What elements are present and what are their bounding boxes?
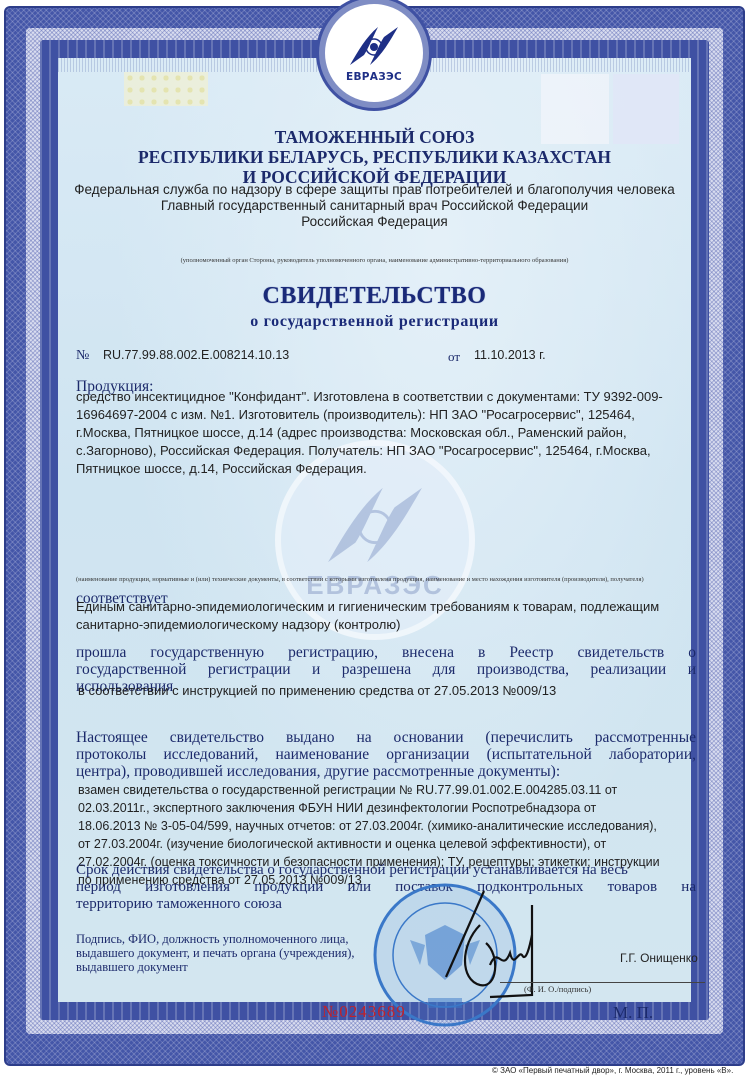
hologram-patch bbox=[124, 72, 208, 106]
product-description: средство инсектицидное "Конфидант". Изго… bbox=[76, 388, 663, 478]
validity-line: Срок действия свидетельства о государств… bbox=[76, 862, 696, 879]
basis-intro-line: Настоящее свидетельство выдано на основа… bbox=[76, 729, 696, 746]
basis-intro: Настоящее свидетельство выдано на основа… bbox=[76, 729, 696, 780]
basis-intro-line: центра), проводившей исследования, други… bbox=[76, 763, 696, 780]
number-label: № bbox=[76, 348, 89, 364]
statement-line: государственной регистрации и разрешена … bbox=[76, 661, 696, 678]
authority-line: Федеральная служба по надзору в сфере за… bbox=[0, 182, 749, 198]
basis-line: 18.06.2013 № 3-05-04/599, научных отчето… bbox=[78, 817, 660, 835]
eurasec-emblem: ЕВРАЗЭС bbox=[325, 4, 423, 102]
product-line: средство инсектицидное "Конфидант". Изго… bbox=[76, 388, 663, 406]
signature-label-line: Подпись, ФИО, должность уполномоченного … bbox=[76, 932, 355, 946]
authority-block: Федеральная служба по надзору в сфере за… bbox=[0, 182, 749, 230]
heading-line: ТАМОЖЕННЫЙ СОЮЗ bbox=[0, 127, 749, 147]
seal-mark: М. П. bbox=[613, 1003, 653, 1023]
emblem-label: ЕВРАЗЭС bbox=[346, 71, 402, 83]
eurasec-emblem-icon bbox=[315, 480, 435, 570]
signature-label: Подпись, ФИО, должность уполномоченного … bbox=[76, 932, 355, 974]
product-line: Пятницкое шоссе, д.14, Российская Федера… bbox=[76, 460, 663, 478]
product-line: с.Загорново), Российская Федерация. Полу… bbox=[76, 442, 663, 460]
product-line: г.Москва, Пятницкое шоссе, д.14 (адрес п… bbox=[76, 424, 663, 442]
heading-line: РЕСПУБЛИКИ БЕЛАРУСЬ, РЕСПУБЛИКИ КАЗАХСТА… bbox=[0, 147, 749, 167]
signature-label-line: выдавшего документ, и печать органа (учр… bbox=[76, 946, 355, 960]
eurasec-emblem-icon bbox=[344, 23, 404, 69]
registration-number: RU.77.99.88.002.Е.008214.10.13 bbox=[103, 348, 289, 362]
usage-note: в соответствии с инструкцией по применен… bbox=[78, 682, 556, 700]
conformity-text: Единым санитарно-эпидемиологическим и ги… bbox=[76, 598, 659, 634]
watermark-label: ЕВРАЗЭС bbox=[306, 570, 444, 601]
printer-note: © ЗАО «Первый печатный двор», г. Москва,… bbox=[492, 1066, 733, 1075]
signature-line bbox=[500, 982, 705, 983]
signature-caption: (Ф. И. О./подпись) bbox=[524, 984, 591, 994]
product-caption: (наименование продукции, нормативные и (… bbox=[76, 576, 644, 583]
signature-label-line: выдавшего документ bbox=[76, 960, 355, 974]
signatory-name: Г.Г. Онищенко bbox=[620, 951, 698, 965]
conformity-line: Единым санитарно-эпидемиологическим и ги… bbox=[76, 598, 659, 616]
conformity-line: санитарно-эпидемиологическому надзору (к… bbox=[76, 616, 659, 634]
authority-line: Российская Федерация bbox=[0, 214, 749, 230]
serial-number: №0243689 bbox=[322, 1002, 406, 1022]
basis-line: от 27.03.2004г. (изучение биологической … bbox=[78, 835, 660, 853]
basis-intro-line: протоколы исследований, наименование орг… bbox=[76, 746, 696, 763]
registration-date: 11.10.2013 г. bbox=[474, 348, 546, 362]
statement-line: прошла государственную регистрацию, внес… bbox=[76, 644, 696, 661]
basis-line: взамен свидетельства о государственной р… bbox=[78, 781, 660, 799]
authority-caption: (уполномоченный орган Стороны, руководит… bbox=[0, 257, 749, 264]
customs-union-heading: ТАМОЖЕННЫЙ СОЮЗ РЕСПУБЛИКИ БЕЛАРУСЬ, РЕС… bbox=[0, 127, 749, 187]
basis-line: 02.03.2011г., экспертного заключения ФБУ… bbox=[78, 799, 660, 817]
date-label: от bbox=[448, 349, 460, 365]
document-title: СВИДЕТЕЛЬСТВО bbox=[0, 283, 749, 310]
product-line: 16964697-2004 с изм. №1. Изготовитель (п… bbox=[76, 406, 663, 424]
authority-line: Главный государственный санитарный врач … bbox=[0, 198, 749, 214]
document-subtitle: о государственной регистрации bbox=[0, 313, 749, 331]
